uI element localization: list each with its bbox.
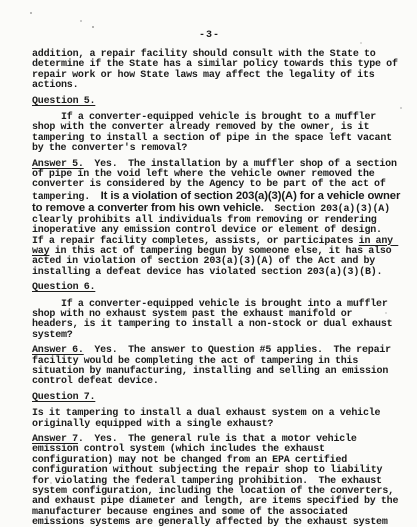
answer-6-text: Yes. The answer to Question #5 applies. … xyxy=(32,345,396,387)
page-number: -3- xyxy=(32,30,387,41)
answer-7-text: . Yes. The general rule is that a motor … xyxy=(32,434,404,527)
question-5-heading-label: Question 5. xyxy=(32,96,95,107)
question-6-heading-label: Question 6. xyxy=(32,282,95,293)
scanned-document-page: -3- addition, a repair facility should c… xyxy=(0,0,417,527)
scan-artifacts xyxy=(30,12,32,14)
continuation-paragraph: addition, a repair facility should consu… xyxy=(32,50,401,92)
answer-6-label: Answer 6. xyxy=(32,345,84,356)
answer-5-text-3: in this act of tampering begun by someon… xyxy=(32,246,397,278)
answer-7-paragraph: Answer 7. Yes. The general rule is that … xyxy=(32,435,401,527)
question-7-paragraph: Is it tampering to install a dual exhaus… xyxy=(32,409,401,430)
question-5-heading: Question 5. xyxy=(32,97,401,107)
question-7-heading: Question 7. xyxy=(32,393,401,403)
question-5-paragraph: If a converter-equipped vehicle is broug… xyxy=(32,113,401,155)
question-6-paragraph: If a converter-equipped vehicle is broug… xyxy=(32,300,401,342)
question-6-heading: Question 6. xyxy=(32,283,401,293)
answer-6-paragraph: Answer 6. Yes. The answer to Question #5… xyxy=(32,346,401,388)
answer-5-label: Answer 5. xyxy=(32,159,84,170)
question-7-heading-label: Question 7. xyxy=(32,392,95,403)
answer-5-paragraph: Answer 5. Yes. The installation by a muf… xyxy=(32,160,401,278)
